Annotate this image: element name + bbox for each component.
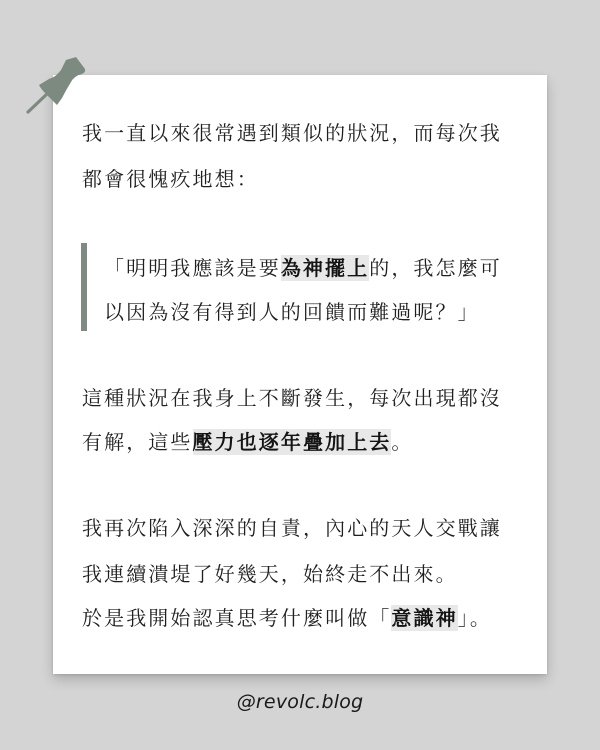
paragraph-3-line-2: 我連續潰堤了好幾天，始終走不出來。 bbox=[82, 560, 458, 588]
paragraph-2-text-pre: 有解，這些 bbox=[82, 430, 193, 454]
pushpin-icon bbox=[24, 52, 90, 116]
paragraph-2-text-post: 。 bbox=[391, 430, 413, 454]
paragraph-3-text-pre: 於是我開始認真思考什麼叫做「 bbox=[82, 606, 391, 630]
paragraph-3-text-post: 」。 bbox=[458, 606, 492, 630]
paragraph-2-line-1: 這種狀況在我身上不斷發生，每次出現都沒 bbox=[82, 384, 502, 412]
paragraph-3-line-3: 於是我開始認真思考什麼叫做「意識神」。 bbox=[82, 604, 492, 632]
paragraph-3-highlight: 意識神 bbox=[391, 605, 457, 631]
quote-text-pre: 「明明我應該是要 bbox=[104, 256, 281, 280]
quote-line-2: 以因為沒有得到人的回饋而難過呢？」 bbox=[104, 298, 480, 326]
paragraph-3-line-1: 我再次陷入深深的自責，內心的天人交戰讓 bbox=[82, 514, 502, 542]
paragraph-2-highlight: 壓力也逐年疊加上去 bbox=[193, 429, 392, 455]
blog-handle: @revolc.blog bbox=[0, 691, 600, 713]
paragraph-2-line-2: 有解，這些壓力也逐年疊加上去。 bbox=[82, 428, 414, 456]
blockquote-bar bbox=[81, 243, 87, 331]
quote-text-post: 的，我怎麼可 bbox=[369, 256, 502, 280]
quote-highlight: 為神擺上 bbox=[281, 255, 369, 281]
quote-line-1: 「明明我應該是要為神擺上的，我怎麼可 bbox=[104, 254, 502, 282]
paragraph-1-line-2: 都會很愧疚地想： bbox=[82, 165, 259, 193]
paragraph-1-line-1: 我一直以來很常遇到類似的狀況，而每次我 bbox=[82, 119, 502, 147]
